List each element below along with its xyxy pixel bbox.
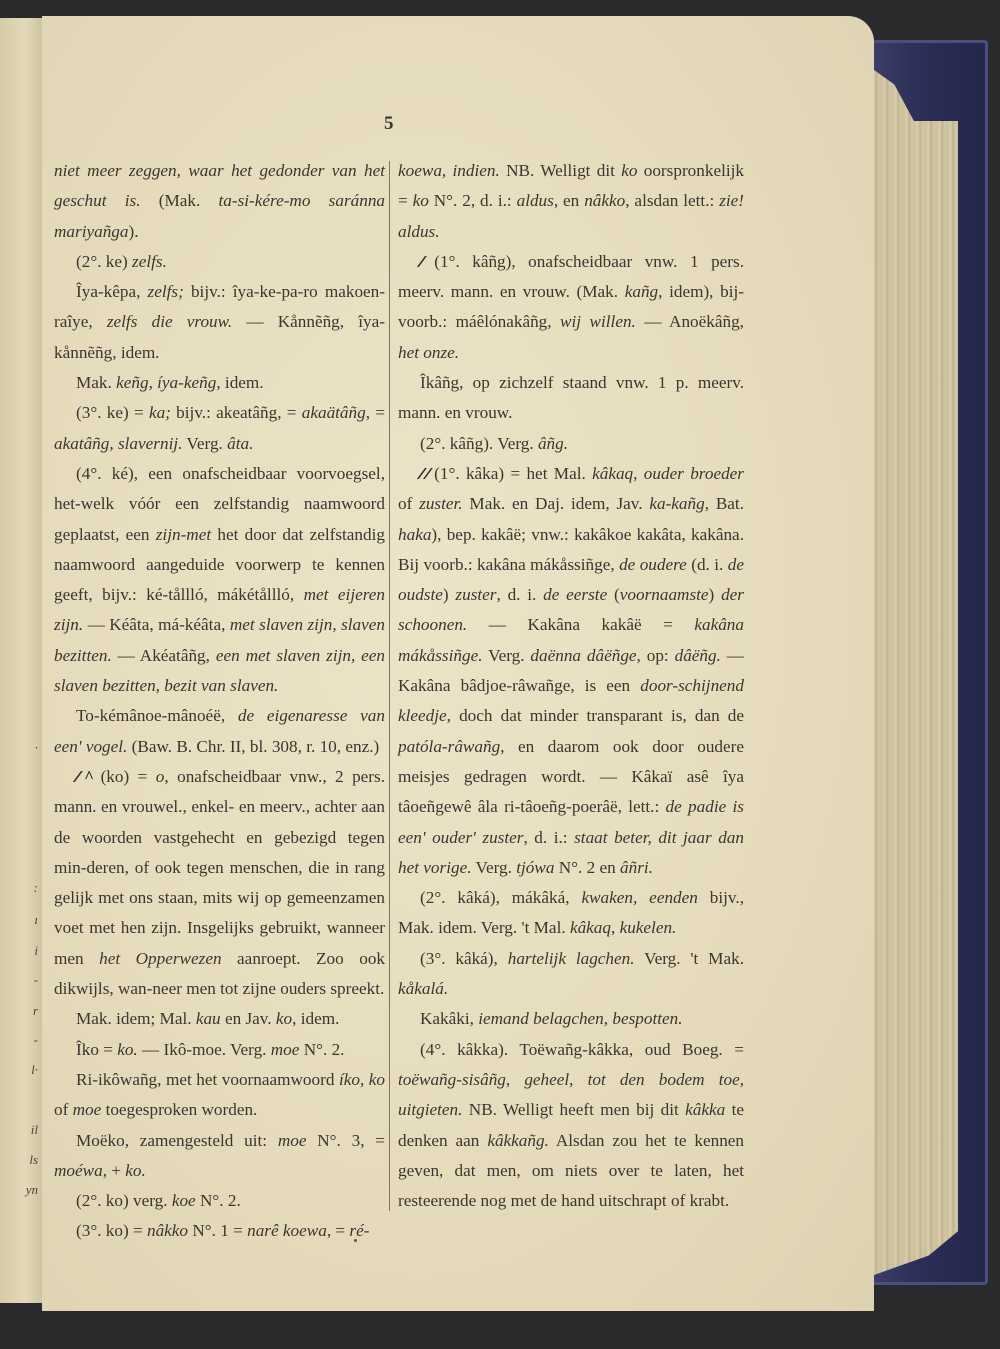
margin-fragment: ls xyxy=(29,1152,38,1168)
margin-fragment: · xyxy=(35,740,38,756)
margin-fragment: yn xyxy=(26,1182,38,1198)
dictionary-entry: (4°. kâkka). Toëwañg-kâkka, oud Boeg. = … xyxy=(398,1035,744,1217)
previous-page-sliver: ·:ıi-r-l·illsyn xyxy=(0,18,44,1303)
right-column: koewa, indien. NB. Welligt dit ko oorspr… xyxy=(398,156,744,1216)
margin-fragment: - xyxy=(34,972,38,988)
margin-fragment: il xyxy=(31,1122,38,1138)
dictionary-entry: (2°. kâñg). Verg. âñg. xyxy=(398,429,744,459)
left-column: niet meer zeggen, waar het gedonder van … xyxy=(54,156,385,1247)
column-divider xyxy=(389,161,390,1211)
dictionary-entry: To-kémânoe-mânoéë, de eigenaresse van ee… xyxy=(54,701,385,762)
margin-fragment: : xyxy=(34,880,38,896)
dictionary-entry: (3°. ko) = nâkko N°. 1 = narê koewa, = r… xyxy=(54,1216,385,1246)
margin-fragment: l· xyxy=(31,1062,38,1078)
book-page: 5 niet meer zeggen, waar het gedonder va… xyxy=(42,16,874,1311)
ink-speck xyxy=(354,1239,357,1242)
dictionary-entry: (3°. ke) = ka; bijv.: akeatâñg, = akaätâ… xyxy=(54,398,385,459)
margin-fragment: i xyxy=(34,943,38,959)
dictionary-entry: ⁄⁄ (1°. kâñg), onafscheidbaar vnw. 1 per… xyxy=(398,247,744,368)
dictionary-entry: Îko = ko. — Ikô-moe. Verg. moe N°. 2. xyxy=(54,1035,385,1065)
dictionary-entry: Moëko, zamengesteld uit: moe N°. 3, = mo… xyxy=(54,1126,385,1187)
margin-fragment: ı xyxy=(34,912,38,928)
page-number: 5 xyxy=(384,113,394,135)
book-scan: ·:ıi-r-l·illsyn 5 niet meer zeggen, waar… xyxy=(0,0,1000,1349)
dictionary-entry: Îkâñg, op zichzelf staand vnw. 1 p. meer… xyxy=(398,368,744,429)
dictionary-entry: Îya-kêpa, zelfs; bijv.: îya-ke-pa-ro mak… xyxy=(54,277,385,368)
dictionary-entry: (3°. kâká), hartelijk lagchen. Verg. 't … xyxy=(398,944,744,1005)
dictionary-entry: (2°. ko) verg. koe N°. 2. xyxy=(54,1186,385,1216)
page-edges xyxy=(860,60,958,1280)
margin-fragment: r xyxy=(33,1003,38,1019)
dictionary-entry: niet meer zeggen, waar het gedonder van … xyxy=(54,156,385,247)
dictionary-entry: (4°. ké), een onafscheidbaar voorvoegsel… xyxy=(54,459,385,701)
dictionary-entry: Kakâki, iemand belagchen, bespotten. xyxy=(398,1004,744,1034)
dictionary-entry: (2°. ke) zelfs. xyxy=(54,247,385,277)
dictionary-entry: ⁄⁄ ⁄⁄ (1°. kâka) = het Mal. kâkaq, ouder… xyxy=(398,459,744,883)
dictionary-entry: Mak. keñg, íya-keñg, idem. xyxy=(54,368,385,398)
dictionary-entry: koewa, indien. NB. Welligt dit ko oorspr… xyxy=(398,156,744,247)
dictionary-entry: Ri-ikôwañg, met het voornaamwoord íko, k… xyxy=(54,1065,385,1126)
dictionary-entry: ⁄⁄ ^ (ko) = o, onafscheidbaar vnw., 2 pe… xyxy=(54,762,385,1004)
dictionary-entry: Mak. idem; Mal. kau en Jav. ko, idem. xyxy=(54,1004,385,1034)
margin-fragment: - xyxy=(34,1032,38,1048)
dictionary-entry: (2°. kâká), mákâká, kwaken, eenden bijv.… xyxy=(398,883,744,944)
